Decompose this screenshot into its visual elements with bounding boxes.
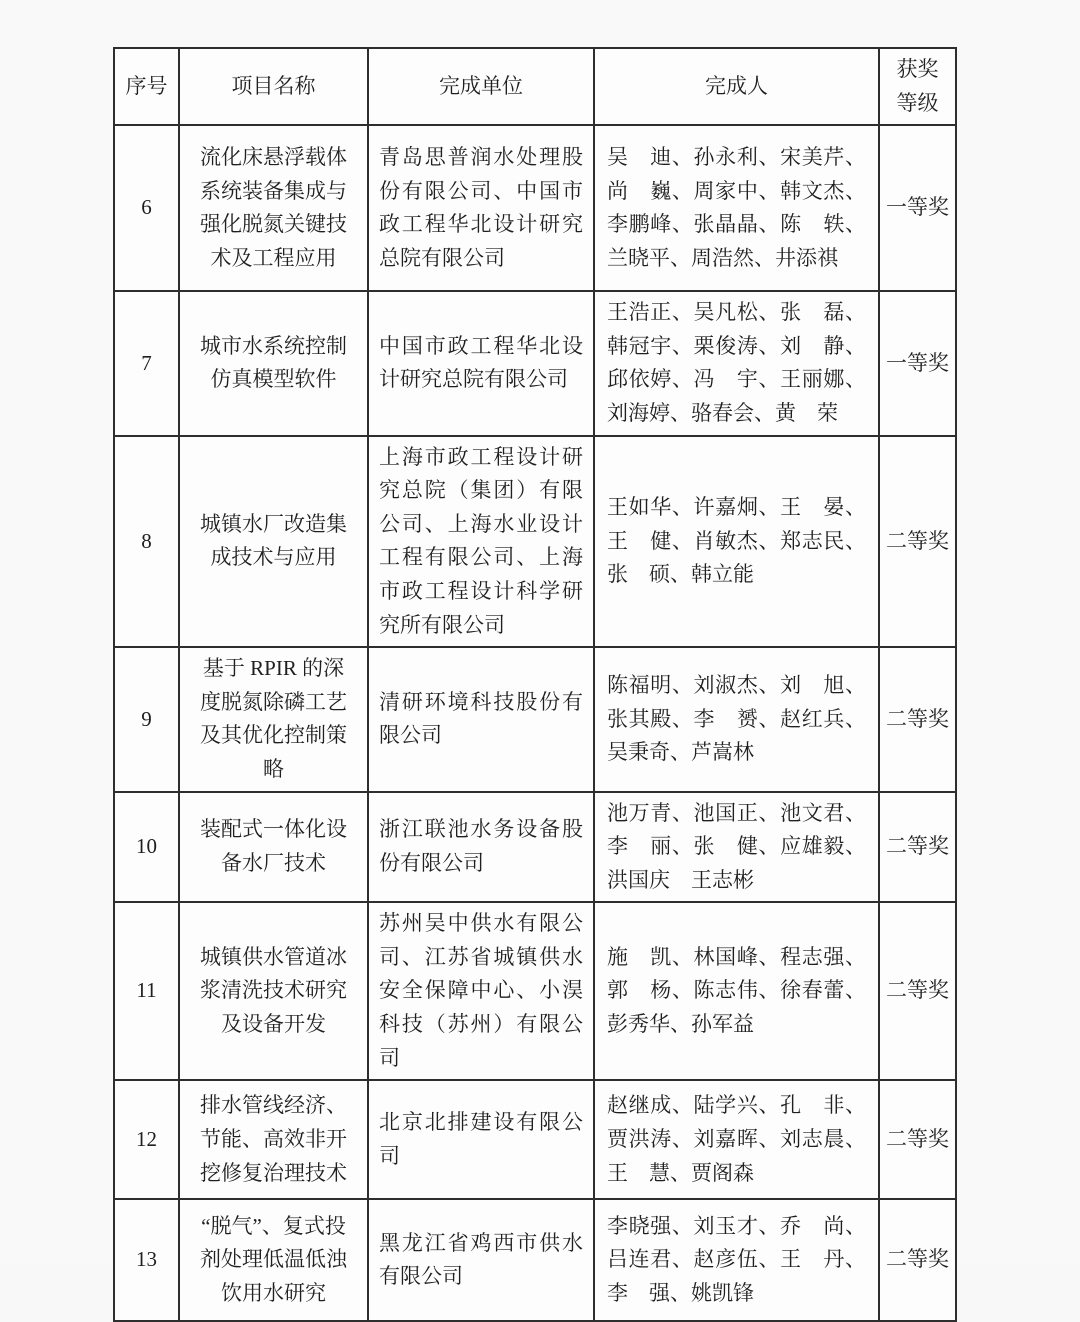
cell-project-name: 城市水系统控制仿真模型软件 — [179, 291, 368, 435]
header-completers: 完成人 — [594, 48, 879, 125]
cell-completing-unit: 清研环境科技股份有限公司 — [368, 647, 594, 791]
cell-completing-unit: 黑龙江省鸡西市供水有限公司 — [368, 1199, 594, 1321]
cell-serial-number: 13 — [114, 1199, 179, 1321]
cell-completers: 李晓强、刘玉才、乔 尚、吕连君、赵彦伍、王 丹、李 强、姚凯锋 — [594, 1199, 879, 1321]
cell-completing-unit: 上海市政工程设计研究总院（集团）有限公司、上海水业设计工程有限公司、上海市政工程… — [368, 436, 594, 648]
cell-award-level: 一等奖 — [879, 291, 956, 435]
cell-completers: 吴 迪、孙永利、宋美芹、尚 巍、周家中、韩文杰、李鹏峰、张晶晶、陈 轶、兰晓平、… — [594, 125, 879, 291]
cell-completers: 王浩正、吴凡松、张 磊、韩冠宇、栗俊涛、刘 静、邱依婷、冯 宇、王丽娜、刘海婷、… — [594, 291, 879, 435]
cell-award-level: 二等奖 — [879, 436, 956, 648]
cell-project-name: 城镇水厂改造集成技术与应用 — [179, 436, 368, 648]
cell-completing-unit: 浙江联池水务设备股份有限公司 — [368, 792, 594, 903]
awards-table: 序号 项目名称 完成单位 完成人 获奖 等级 6 流化床悬浮载体系统装备集成与强… — [113, 47, 957, 1322]
cell-project-name: 基于 RPIR 的深度脱氮除磷工艺及其优化控制策略 — [179, 647, 368, 791]
cell-award-level: 二等奖 — [879, 647, 956, 791]
cell-completing-unit: 青岛思普润水处理股份有限公司、中国市政工程华北设计研究总院有限公司 — [368, 125, 594, 291]
cell-project-name: 流化床悬浮载体系统装备集成与强化脱氮关键技术及工程应用 — [179, 125, 368, 291]
header-award-level: 获奖 等级 — [879, 48, 956, 125]
table-header-row: 序号 项目名称 完成单位 完成人 获奖 等级 — [114, 48, 956, 125]
cell-serial-number: 9 — [114, 647, 179, 791]
table-row: 8 城镇水厂改造集成技术与应用 上海市政工程设计研究总院（集团）有限公司、上海水… — [114, 436, 956, 648]
table-row: 6 流化床悬浮载体系统装备集成与强化脱氮关键技术及工程应用 青岛思普润水处理股份… — [114, 125, 956, 291]
cell-completing-unit: 北京北排建设有限公司 — [368, 1080, 594, 1199]
header-project-name: 项目名称 — [179, 48, 368, 125]
cell-award-level: 二等奖 — [879, 902, 956, 1080]
cell-project-name: 城镇供水管道冰浆清洗技术研究及设备开发 — [179, 902, 368, 1080]
table-row: 9 基于 RPIR 的深度脱氮除磷工艺及其优化控制策略 清研环境科技股份有限公司… — [114, 647, 956, 791]
table-row: 13 “脱气”、复式投剂处理低温低浊饮用水研究 黑龙江省鸡西市供水有限公司 李晓… — [114, 1199, 956, 1321]
cell-serial-number: 6 — [114, 125, 179, 291]
cell-completers: 陈福明、刘淑杰、刘 旭、张其殿、李 赟、赵红兵、吴秉奇、芦嵩林 — [594, 647, 879, 791]
cell-award-level: 二等奖 — [879, 1199, 956, 1321]
header-completing-unit: 完成单位 — [368, 48, 594, 125]
cell-project-name: 排水管线经济、节能、高效非开挖修复治理技术 — [179, 1080, 368, 1199]
cell-completers: 赵继成、陆学兴、孔 非、贾洪涛、刘嘉晖、刘志晨、王 慧、贾阁森 — [594, 1080, 879, 1199]
table-row: 10 装配式一体化设备水厂技术 浙江联池水务设备股份有限公司 池万青、池国正、池… — [114, 792, 956, 903]
table-row: 11 城镇供水管道冰浆清洗技术研究及设备开发 苏州吴中供水有限公司、江苏省城镇供… — [114, 902, 956, 1080]
cell-award-level: 二等奖 — [879, 1080, 956, 1199]
header-serial-number: 序号 — [114, 48, 179, 125]
cell-serial-number: 10 — [114, 792, 179, 903]
cell-completers: 王如华、许嘉炯、王 晏、王 健、肖敏杰、郑志民、张 硕、韩立能 — [594, 436, 879, 648]
cell-serial-number: 8 — [114, 436, 179, 648]
document-page: 序号 项目名称 完成单位 完成人 获奖 等级 6 流化床悬浮载体系统装备集成与强… — [0, 0, 1080, 1265]
cell-award-level: 一等奖 — [879, 125, 956, 291]
cell-completing-unit: 苏州吴中供水有限公司、江苏省城镇供水安全保障中心、小淏科技（苏州）有限公司 — [368, 902, 594, 1080]
cell-completing-unit: 中国市政工程华北设计研究总院有限公司 — [368, 291, 594, 435]
table-row: 12 排水管线经济、节能、高效非开挖修复治理技术 北京北排建设有限公司 赵继成、… — [114, 1080, 956, 1199]
cell-award-level: 二等奖 — [879, 792, 956, 903]
table-row: 7 城市水系统控制仿真模型软件 中国市政工程华北设计研究总院有限公司 王浩正、吴… — [114, 291, 956, 435]
cell-project-name: 装配式一体化设备水厂技术 — [179, 792, 368, 903]
cell-project-name: “脱气”、复式投剂处理低温低浊饮用水研究 — [179, 1199, 368, 1321]
cell-serial-number: 12 — [114, 1080, 179, 1199]
cell-serial-number: 11 — [114, 902, 179, 1080]
cell-serial-number: 7 — [114, 291, 179, 435]
cell-completers: 施 凯、林国峰、程志强、郭 杨、陈志伟、徐春蕾、彭秀华、孙军益 — [594, 902, 879, 1080]
cell-completers: 池万青、池国正、池文君、李 丽、张 健、应雄毅、洪国庆 王志彬 — [594, 792, 879, 903]
